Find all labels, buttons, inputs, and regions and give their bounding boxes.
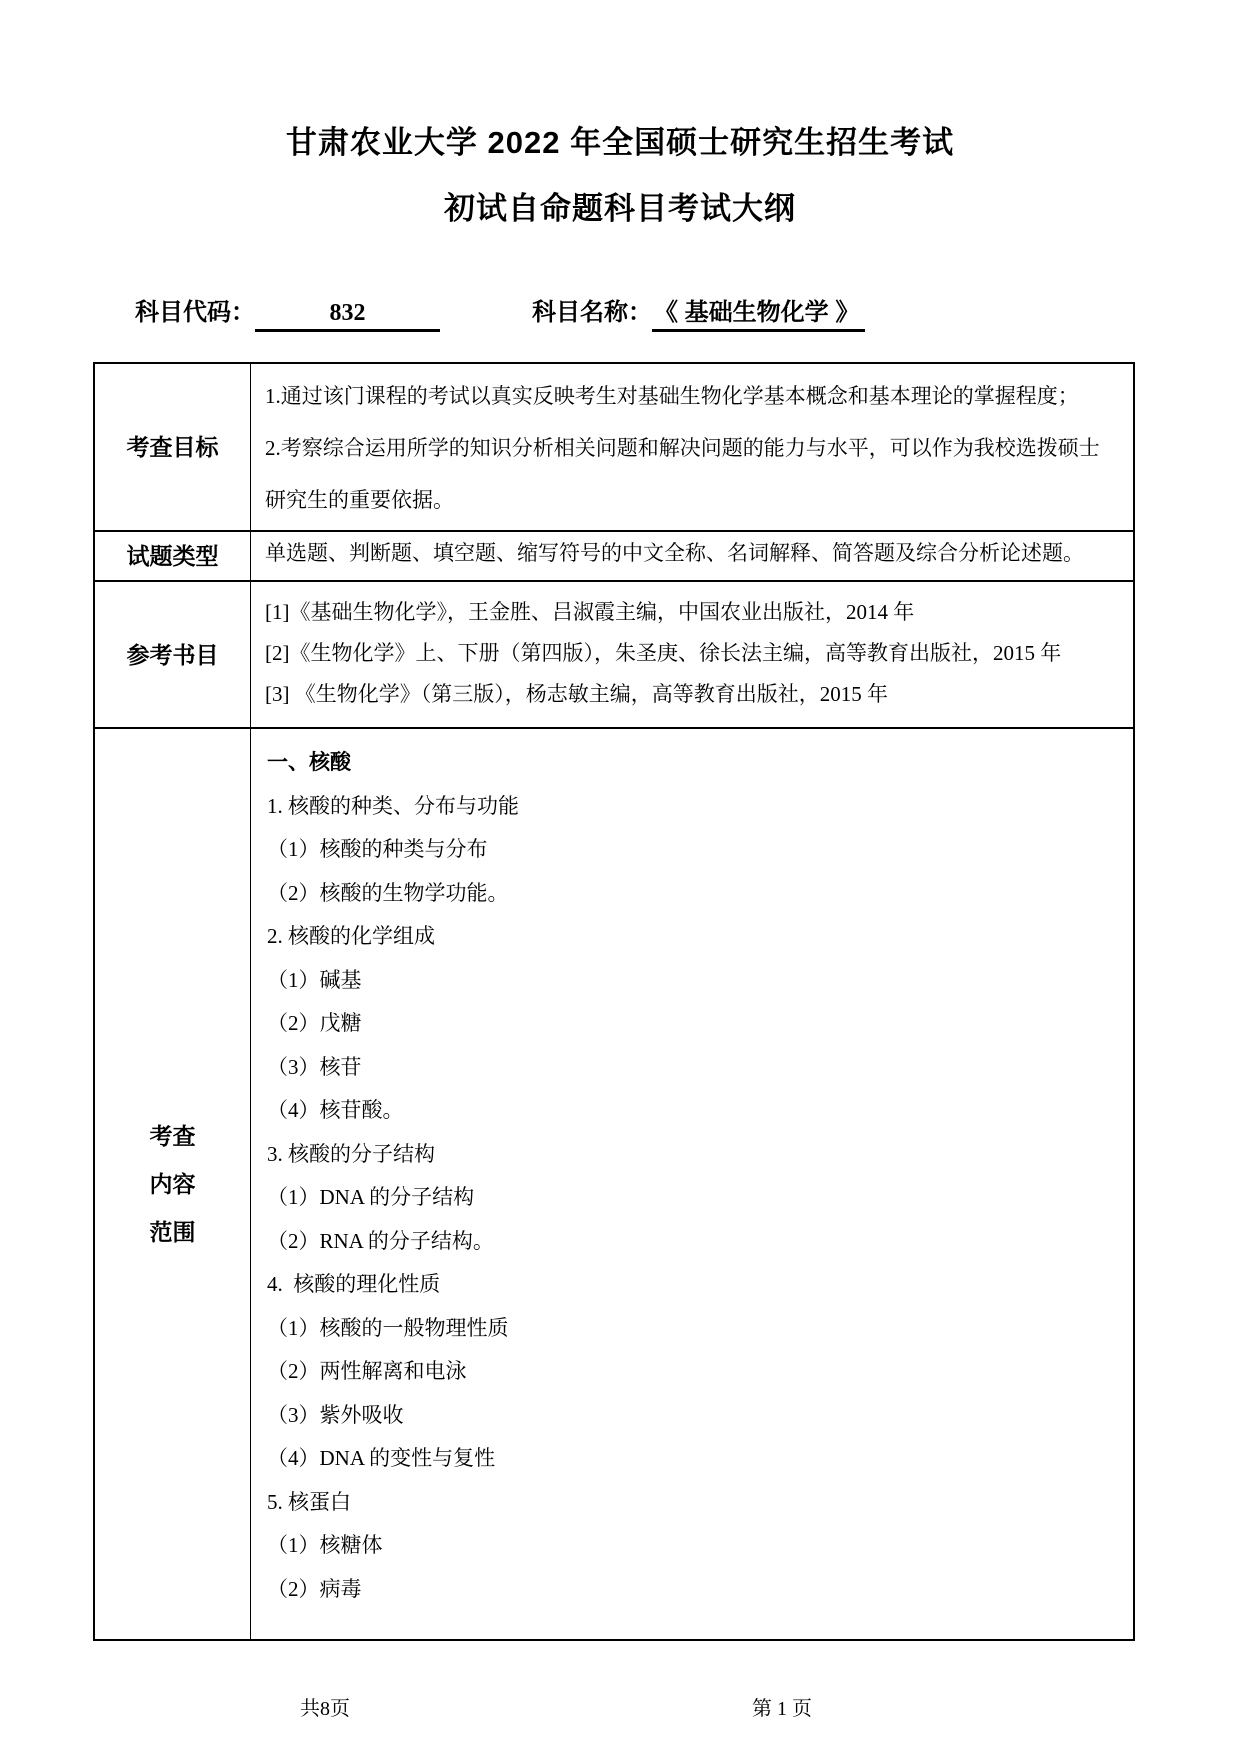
exam-content-line: （1）核酸的一般物理性质: [267, 1307, 1119, 1351]
exam-content-list: 一、核酸1. 核酸的种类、分布与功能（1）核酸的种类与分布（2）核酸的生物学功能…: [251, 729, 1133, 1639]
subject-name-value: 《 基础生物化学 》: [652, 298, 865, 332]
question-types-text: 单选题、判断题、填空题、缩写符号的中文全称、名词解释、简答题及综合分析论述题。: [265, 532, 1119, 574]
exam-objectives-content: 1.通过该门课程的考试以真实反映考生对基础生物化学基本概念和基本理论的掌握程度；…: [251, 364, 1133, 530]
exam-content-label-line: 内容: [150, 1160, 196, 1208]
exam-content-line: 5. 核蛋白: [267, 1481, 1119, 1525]
question-types-row: 试题类型 单选题、判断题、填空题、缩写符号的中文全称、名词解释、简答题及综合分析…: [95, 530, 1133, 580]
reference-book-line: [2]《生物化学》上、下册（第四版），朱圣庚、徐长法主编，高等教育出版社，201…: [265, 633, 1119, 674]
subject-code-value: 832: [255, 298, 440, 332]
exam-content-line: （2）戊糖: [267, 1002, 1119, 1046]
reference-books-label: 参考书目: [95, 582, 251, 727]
exam-content-line: （4）核苷酸。: [267, 1089, 1119, 1133]
reference-books-row: 参考书目 [1]《基础生物化学》，王金胜、吕淑霞主编，中国农业出版社，2014 …: [95, 580, 1133, 727]
question-types-label: 试题类型: [95, 532, 251, 580]
exam-content-label-line: 考查: [150, 1112, 196, 1160]
exam-content-line: （1）核酸的种类与分布: [267, 828, 1119, 872]
exam-content-line: （2）核酸的生物学功能。: [267, 872, 1119, 916]
exam-content-line: （1）碱基: [267, 959, 1119, 1003]
doc-title: 甘肃农业大学 2022 年全国硕士研究生招生考试: [0, 0, 1240, 160]
exam-content-line: （1）核糖体: [267, 1524, 1119, 1568]
exam-syllabus-page: 甘肃农业大学 2022 年全国硕士研究生招生考试 初试自命题科目考试大纲 科目代…: [0, 0, 1240, 1754]
question-types-content: 单选题、判断题、填空题、缩写符号的中文全称、名词解释、简答题及综合分析论述题。: [251, 532, 1133, 580]
exam-content-label: 考查内容范围: [95, 729, 251, 1639]
exam-content-line: （3）核苷: [267, 1046, 1119, 1090]
reference-books-content: [1]《基础生物化学》，王金胜、吕淑霞主编，中国农业出版社，2014 年[2]《…: [251, 582, 1133, 727]
footer-page-number: 第 1 页: [752, 1692, 812, 1721]
reference-book-line: [3] 《生物化学》（第三版），杨志敏主编，高等教育出版社，2015 年: [265, 674, 1119, 715]
subject-code-label: 科目代码：: [135, 299, 255, 326]
syllabus-table: 考查目标 1.通过该门课程的考试以真实反映考生对基础生物化学基本概念和基本理论的…: [93, 362, 1135, 1641]
exam-content-line: （3）紫外吸收: [267, 1394, 1119, 1438]
subject-line: 科目代码：832科目名称：《 基础生物化学 》: [135, 298, 1240, 332]
exam-content-line: （2）RNA 的分子结构。: [267, 1220, 1119, 1264]
exam-objectives-row: 考查目标 1.通过该门课程的考试以真实反映考生对基础生物化学基本概念和基本理论的…: [95, 364, 1133, 530]
exam-objective-line: 1.通过该门课程的考试以真实反映考生对基础生物化学基本概念和基本理论的掌握程度；: [265, 370, 1117, 422]
exam-objectives-label: 考查目标: [95, 364, 251, 530]
reference-book-line: [1]《基础生物化学》，王金胜、吕淑霞主编，中国农业出版社，2014 年: [265, 592, 1119, 633]
exam-content-label-line: 范围: [150, 1208, 196, 1256]
exam-content-line: 一、核酸: [267, 741, 1119, 785]
exam-content-line: （2）病毒: [267, 1568, 1119, 1612]
exam-content-row: 考查内容范围 一、核酸1. 核酸的种类、分布与功能（1）核酸的种类与分布（2）核…: [95, 727, 1133, 1639]
exam-content-line: 1. 核酸的种类、分布与功能: [267, 785, 1119, 829]
exam-content-line: 3. 核酸的分子结构: [267, 1133, 1119, 1177]
doc-subtitle: 初试自命题科目考试大纲: [0, 192, 1240, 226]
exam-content-line: （2）两性解离和电泳: [267, 1350, 1119, 1394]
subject-name-label: 科目名称：: [532, 299, 652, 326]
exam-objective-line: 2.考察综合运用所学的知识分析相关问题和解决问题的能力与水平，可以作为我校选拨硕…: [265, 422, 1117, 526]
exam-content-line: 4. 核酸的理化性质: [267, 1263, 1119, 1307]
exam-content-line: 2. 核酸的化学组成: [267, 915, 1119, 959]
footer-total-pages: 共8页: [300, 1692, 350, 1721]
exam-content-line: （4）DNA 的变性与复性: [267, 1437, 1119, 1481]
exam-content-line: （1）DNA 的分子结构: [267, 1176, 1119, 1220]
